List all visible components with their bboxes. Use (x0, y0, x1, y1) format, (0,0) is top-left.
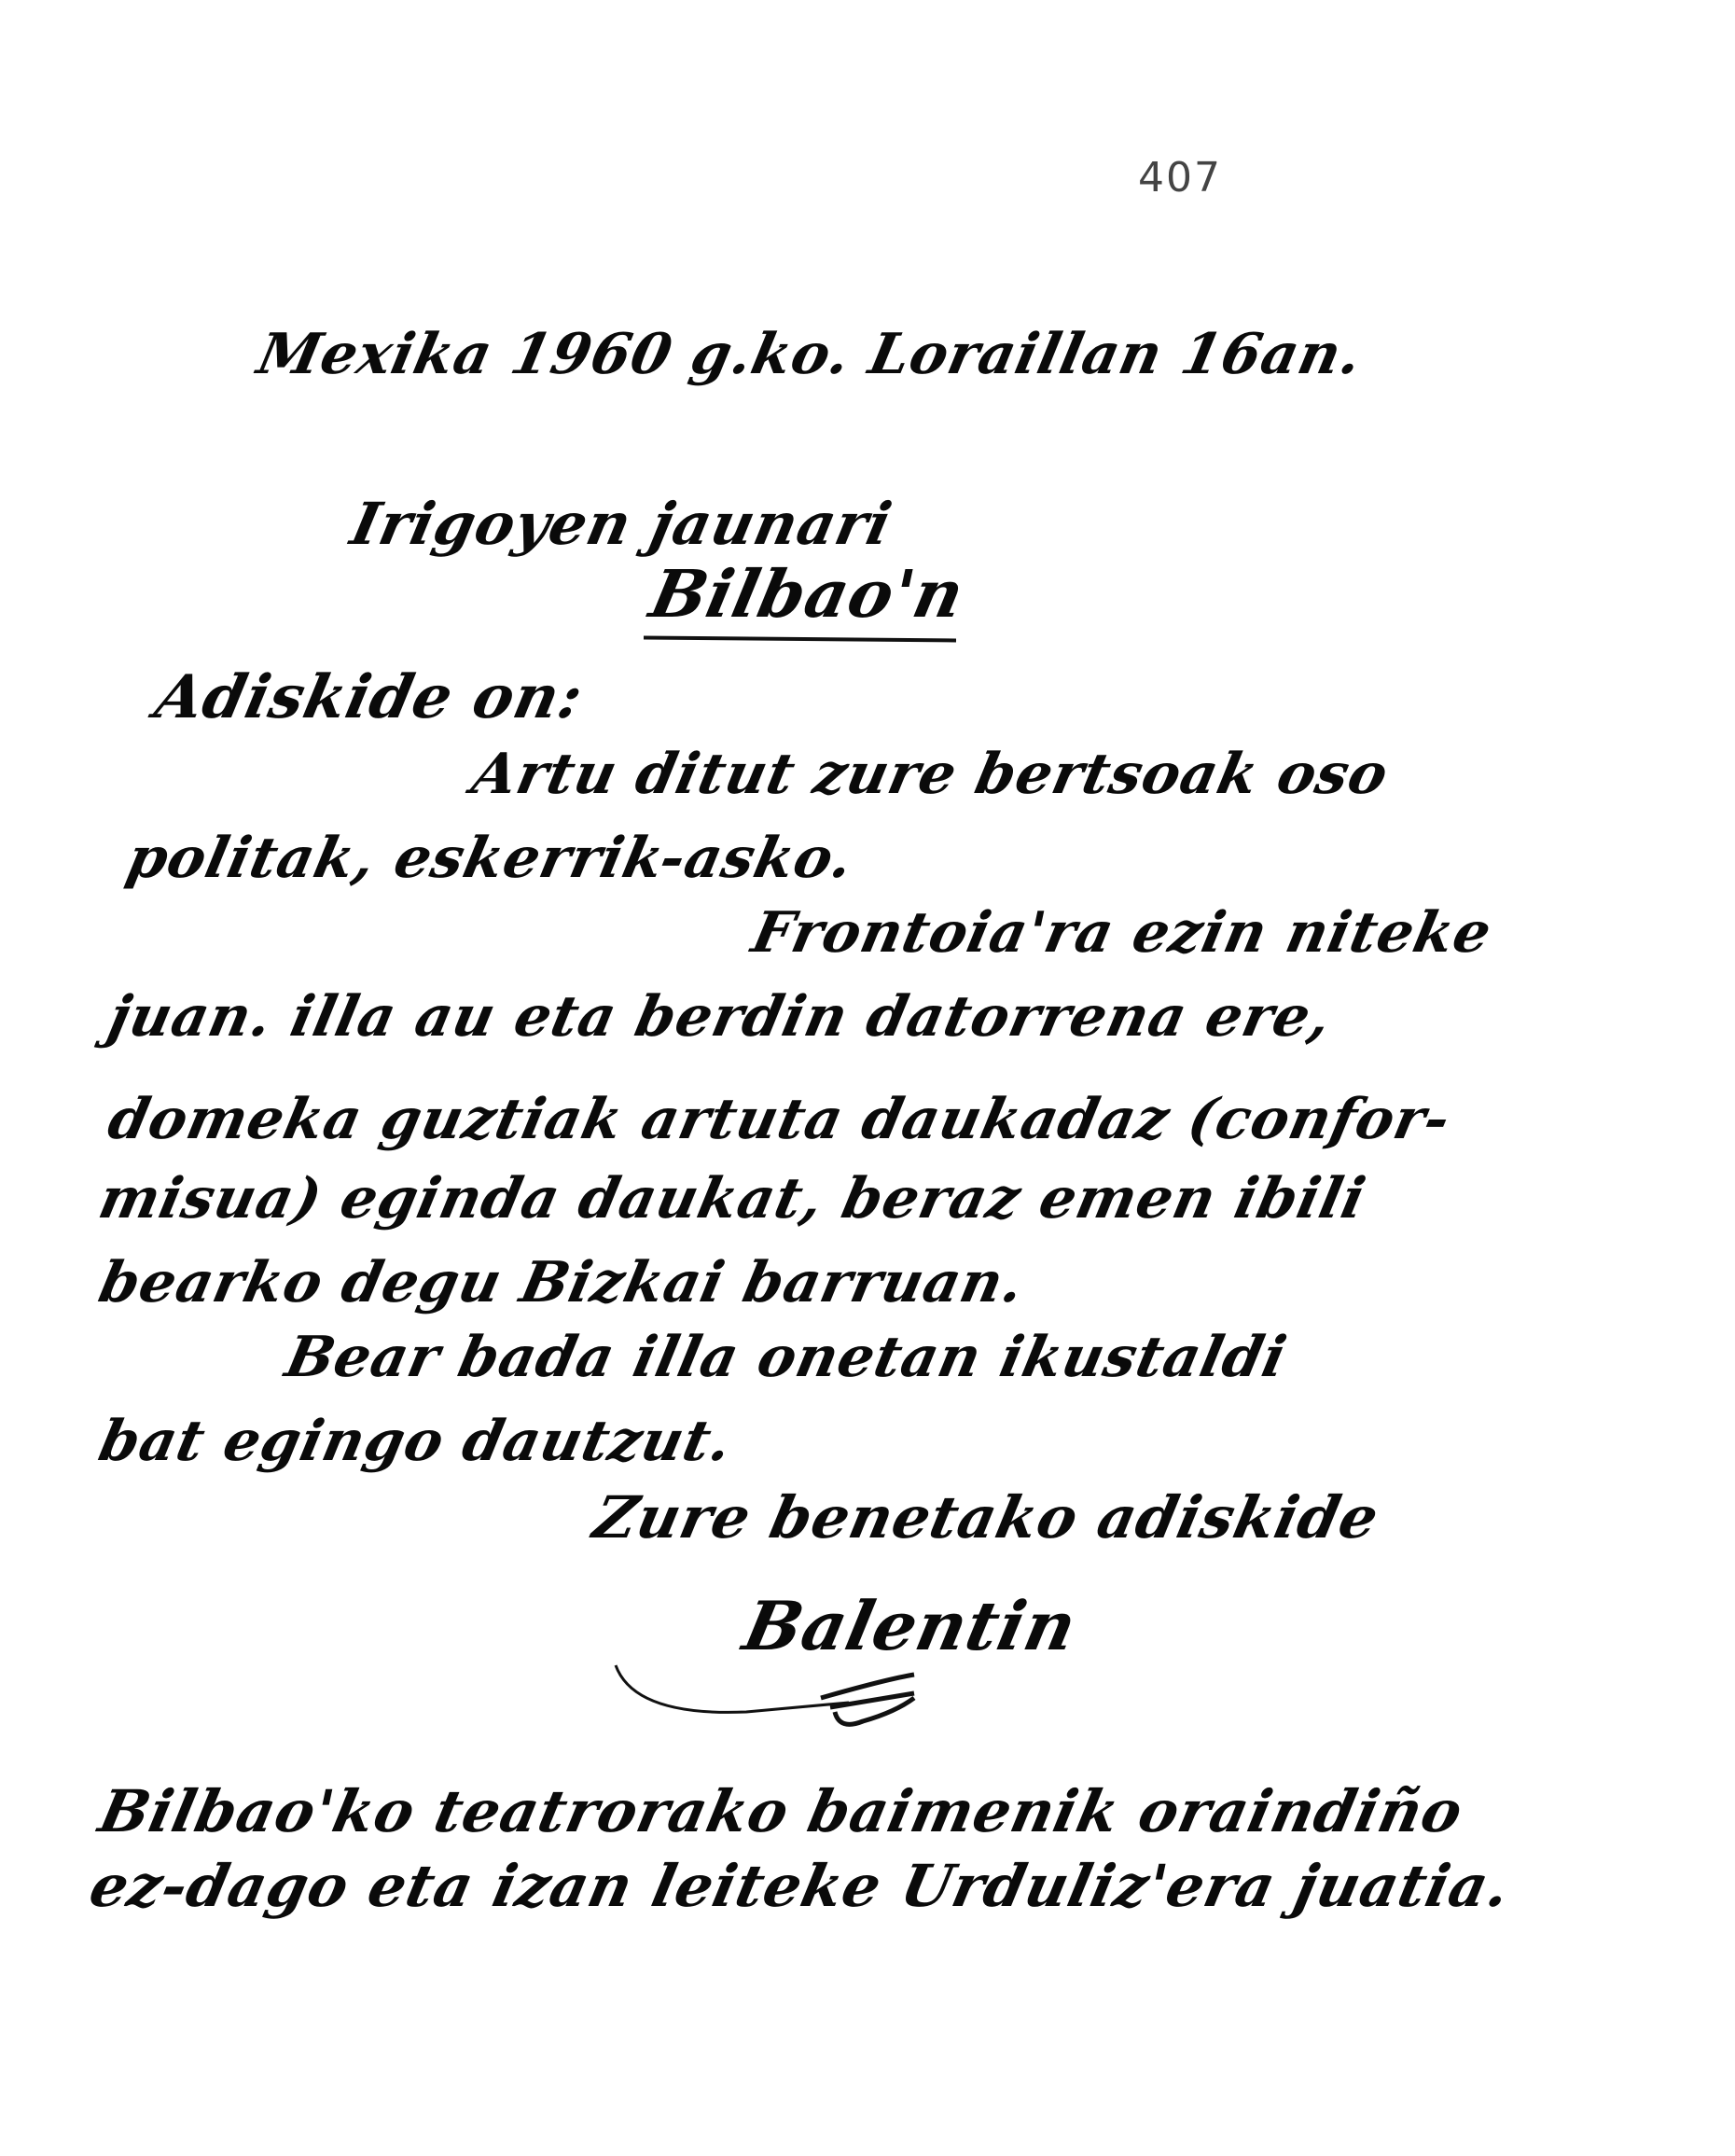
closing: Zure benetako adiskide (588, 1483, 1385, 1551)
signature-flourish-icon (606, 1661, 998, 1735)
dateline: Mexika 1960 g.ko. Loraillan 16an. (252, 322, 1368, 387)
body-line: politak, eskerrik-asko. (121, 826, 859, 891)
recipient-city: Bilbao'n (644, 555, 971, 633)
body-line: misua) eginda daukat, beraz emen ibili (93, 1166, 1371, 1231)
body-line: Frontoia'ra ezin niteke (746, 900, 1497, 966)
archive-page-number: 407 (1138, 154, 1222, 202)
city-underline (644, 636, 956, 643)
letter-page: 407 Mexika 1960 g.ko. Loraillan 16an. Ir… (0, 0, 1735, 2156)
body-line: bearko degu Bizkai barruan. (93, 1250, 1030, 1315)
body-line: Bear bada illa onetan ikustaldi (280, 1325, 1293, 1390)
body-line: Artu ditut zure bertsoak oso (466, 742, 1395, 807)
body-line: domeka guztiak artuta daukadaz (confor- (103, 1087, 1456, 1152)
postscript-line: Bilbao'ko teatrorako baimenik oraindiño (93, 1777, 1469, 1845)
recipient-name: Irigoyen jaunari (345, 490, 898, 558)
signature: Balentin (737, 1586, 1084, 1665)
body-line: bat egingo dautzut. (93, 1409, 738, 1474)
salutation: Adiskide on: (149, 662, 590, 732)
body-line: juan. illa au eta berdin datorrena ere, (103, 984, 1338, 1050)
postscript-line: ez-dago eta izan leiteke Urduliz'era jua… (84, 1852, 1517, 1920)
